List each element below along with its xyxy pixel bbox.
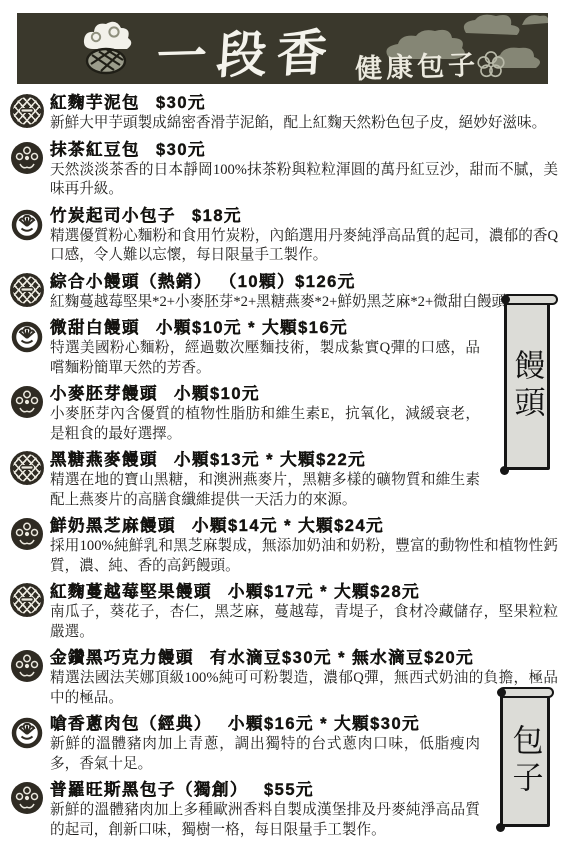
menu-item: 紅麴芋泥包$30元 新鮮大甲芋頭製成綿密香滑芋泥餡，配上紅麴天然粉色包子皮，絕妙…	[10, 93, 558, 134]
side-banner-baozi: 包子	[500, 694, 550, 827]
item-price: 小顆$13元 * 大顆$22元	[174, 451, 366, 469]
item-name: 竹炭起司小包子	[50, 207, 176, 225]
menu-item: 金鑽黑巧克力饅頭有水滴豆$30元 * 無水滴豆$20元 精選法國法芙娜頂級100…	[10, 648, 558, 708]
bun-icon	[10, 715, 44, 749]
item-description: 精選法國法芙娜頂級100%純可可粉製造，濃郁Q彈，無西式奶油的負擔，極品中的極品…	[50, 669, 558, 708]
side-banner-label: 包子	[503, 724, 548, 798]
item-price: 小顆$10元 * 大顆$16元	[156, 319, 348, 337]
floral-medallion-icon	[10, 781, 44, 815]
item-price: 小顆$14元 * 大顆$24元	[192, 517, 384, 535]
item-name: 微甜白饅頭	[50, 319, 140, 337]
item-name: 綜合小饅頭（熱銷）	[50, 273, 212, 291]
plum-blossom-seal-icon	[475, 49, 507, 81]
item-name: 抹茶紅豆包	[50, 141, 140, 159]
item-price: $30元	[156, 94, 206, 112]
item-price: $18元	[192, 207, 242, 225]
floral-medallion-icon	[10, 649, 44, 683]
item-description: 小麥胚芽內含優質的植物性脂肪和維生素E，抗氧化，減緩衰老，是粗食的最好選擇。	[50, 405, 480, 444]
item-name: 鮮奶黑芝麻饅頭	[50, 517, 176, 535]
menu-item: 普羅旺斯黑包子（獨創）$55元 新鮮的溫體豬肉加上多種歐洲香料自製成漢堡排及丹麥…	[10, 780, 558, 840]
item-price: 有水滴豆$30元 * 無水滴豆$20元	[210, 649, 474, 667]
brand-title: 一段香	[155, 13, 340, 84]
item-description: 南瓜子，葵花子，杏仁，黑芝麻，蔓越莓，青堤子，食材冷藏儲存，堅果粒粒嚴選。	[50, 603, 558, 642]
item-price: 小顆$17元 * 大顆$28元	[228, 583, 420, 601]
menu-item: 微甜白饅頭小顆$10元 * 大顆$16元 特選美國粉心麵粉，經過數次壓麵技術，製…	[10, 318, 558, 378]
menu-item: 綜合小饅頭（熱銷）（10顆）$126元 紅麴蔓越莓堅果*2+小麥胚芽*2+黑糖燕…	[10, 272, 558, 313]
scroll-top-knob-icon	[497, 688, 506, 697]
side-banner-label: 饅頭	[505, 349, 550, 423]
menu-item: 竹炭起司小包子$18元 精選優質粉心麵粉和食用竹炭粉，內餡選用丹麥純淨高品質的起…	[10, 206, 558, 266]
item-price: 小顆$10元	[174, 385, 260, 403]
brand-subtitle: 健康包子	[354, 43, 479, 84]
bun-icon	[10, 319, 44, 353]
weave-medallion-icon	[10, 583, 44, 617]
item-description: 新鮮的溫體豬肉加上青蔥，調出獨特的台式蔥肉口味，低脂瘦肉多，香氣十足。	[50, 735, 480, 774]
menu-item: 嗆香蔥肉包（經典）小顆$16元 * 大顆$30元 新鮮的溫體豬肉加上青蔥，調出獨…	[10, 714, 558, 774]
item-name: 紅麴蔓越莓堅果饅頭	[50, 583, 212, 601]
item-description: 天然淡淡茶香的日本靜岡100%抹茶粉與粒粒渾圓的萬丹紅豆沙，甜而不膩，美味再升級…	[50, 161, 558, 200]
item-name: 黑糖燕麥饅頭	[50, 451, 158, 469]
scroll-top-knob-icon	[501, 295, 510, 304]
item-description: 採用100%純鮮乳和黑芝麻製成，無添加奶油和奶粉，豐富的動物性和植物性鈣質，濃、…	[50, 537, 558, 576]
scroll-top-roll	[498, 687, 554, 698]
scroll-bottom-knob-icon	[496, 823, 505, 832]
item-price: （10顆）$126元	[228, 273, 356, 291]
floral-medallion-icon	[10, 385, 44, 419]
item-description: 紅麴蔓越莓堅果*2+小麥胚芽*2+黑糖燕麥*2+鮮奶黑芝麻*2+微甜白饅頭*2	[50, 293, 558, 313]
menu-list: 紅麴芋泥包$30元 新鮮大甲芋頭製成綿密香滑芋泥餡，配上紅麴天然粉色包子皮，絕妙…	[10, 93, 558, 846]
side-banner-mantou: 饅頭	[504, 301, 550, 470]
bun-icon	[10, 207, 44, 241]
item-description: 精選在地的寶山黑糖，和澳洲燕麥片，黑糖多樣的礦物質和維生素配上燕麥片的高膳食纖維…	[50, 471, 480, 510]
item-name: 小麥胚芽饅頭	[50, 385, 158, 403]
menu-item: 小麥胚芽饅頭小顆$10元 小麥胚芽內含優質的植物性脂肪和維生素E，抗氧化，減緩衰…	[10, 384, 558, 444]
item-name: 嗆香蔥肉包（經典）	[50, 715, 212, 733]
weave-medallion-icon	[10, 451, 44, 485]
scroll-top-roll	[502, 294, 558, 305]
weave-medallion-icon	[10, 94, 44, 128]
item-description: 新鮮的溫體豬肉加上多種歐洲香料自製成漢堡排及丹麥純淨高品質的起司，創新口味，獨樹…	[50, 801, 480, 840]
item-price: $30元	[156, 141, 206, 159]
header-banner: 一段香 健康包子	[17, 13, 548, 84]
scroll-bottom-knob-icon	[500, 466, 509, 475]
menu-item: 抹茶紅豆包$30元 天然淡淡茶香的日本靜岡100%抹茶粉與粒粒渾圓的萬丹紅豆沙，…	[10, 140, 558, 200]
item-price: $55元	[264, 781, 314, 799]
menu-item: 黑糖燕麥饅頭小顆$13元 * 大顆$22元 精選在地的寶山黑糖，和澳洲燕麥片，黑…	[10, 450, 558, 510]
weave-medallion-icon	[10, 273, 44, 307]
menu-item: 鮮奶黑芝麻饅頭小顆$14元 * 大顆$24元 採用100%純鮮乳和黑芝麻製成，無…	[10, 516, 558, 576]
menu-item: 紅麴蔓越莓堅果饅頭小顆$17元 * 大顆$28元 南瓜子，葵花子，杏仁，黑芝麻，…	[10, 582, 558, 642]
floral-medallion-icon	[10, 141, 44, 175]
item-name: 紅麴芋泥包	[50, 94, 140, 112]
steamed-bun-logo-icon	[73, 17, 143, 79]
item-description: 特選美國粉心麵粉，經過數次壓麵技術，製成紮實Q彈的口感，品嚐麵粉簡單天然的芳香。	[50, 339, 480, 378]
item-name: 金鑽黑巧克力饅頭	[50, 649, 194, 667]
item-description: 新鮮大甲芋頭製成綿密香滑芋泥餡，配上紅麴天然粉色包子皮，絕妙好滋味。	[50, 114, 558, 134]
item-name: 普羅旺斯黑包子（獨創）	[50, 781, 248, 799]
item-description: 精選優質粉心麵粉和食用竹炭粉，內餡選用丹麥純淨高品質的起司，濃郁的香Q口感，令人…	[50, 227, 558, 266]
floral-medallion-icon	[10, 517, 44, 551]
item-price: 小顆$16元 * 大顆$30元	[228, 715, 420, 733]
